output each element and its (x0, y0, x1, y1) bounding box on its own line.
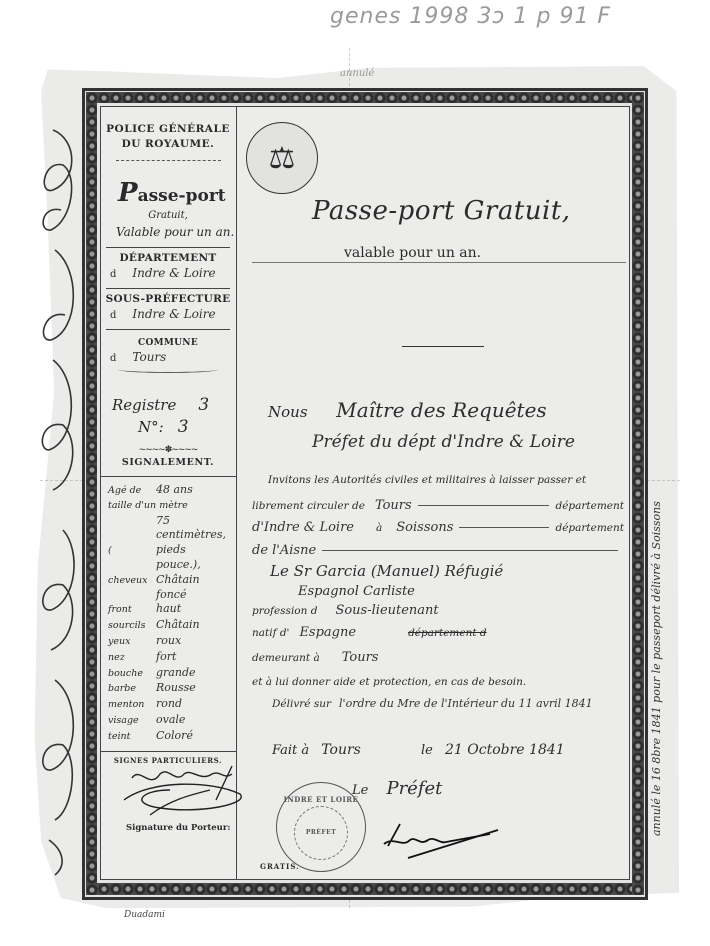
stub-valable: Valable pour un an. (116, 225, 236, 239)
description-row-taille: taille d'un mètre (108, 499, 232, 514)
issuer-title-handwritten: Maître des Requêtes (336, 398, 546, 422)
departement-field: dIndre & Loire (110, 266, 230, 280)
struck-departement: département d (408, 627, 487, 639)
issue-date-handwritten: 21 Octobre 1841 (445, 742, 565, 758)
description-row-front: fronthaut (108, 602, 232, 618)
bearer-nationality-handwritten: Espagnol Carliste (298, 584, 415, 599)
nous-label: Nous Maître des Requêtes (268, 398, 547, 422)
description-row-barbe: barbeRousse (108, 681, 232, 697)
description-row-nez: nezfort (108, 650, 232, 666)
physical-description-list: Agé de48 ans taille d'un mètre 75 centim… (108, 483, 232, 745)
profession-line: profession d Sous-lieutenant (252, 603, 624, 618)
delivre-line: Délivré sur l'ordre du Mre de l'Intérieu… (272, 697, 644, 710)
description-row-visage: visageovale (108, 713, 232, 729)
description-row-age: Agé de48 ans (108, 483, 232, 499)
fait-a-line: Fait à Tours le 21 Octobre 1841 (272, 742, 565, 758)
margin-annotation: annulé le 16 8bre 1841 pour le passeport… (650, 600, 670, 840)
seal-wreath: PRÉFET (294, 806, 348, 860)
prefect-signature (380, 822, 510, 862)
destination-line: d'Indre & Loire à Soissons département (252, 520, 624, 535)
archive-reference-note: genes 1998 3ɔ 1 p 91 F (330, 4, 611, 29)
description-row-yeux: yeuxroux (108, 634, 232, 650)
description-row-centimetres: 75 centimètres, (108, 514, 232, 544)
ornamental-border-left (86, 92, 97, 895)
ornamental-border-right (632, 92, 644, 895)
decorative-swirl (118, 366, 218, 373)
numero-field: N°:3 (138, 417, 236, 437)
ornamental-border-top (86, 92, 644, 103)
bearer-signature (120, 760, 260, 820)
stub-passe-port-heading: Passe-port (118, 178, 236, 208)
police-generale-title: POLICE GÉNÉRALE DU ROYAUME. (100, 122, 236, 152)
invitons-text: Invitons les Autorités civiles et milita… (268, 474, 586, 486)
circuler-line: librement circuler de Tours département (252, 498, 624, 513)
description-row-teint: teintColoré (108, 729, 232, 745)
signature-porteur-label: Signature du Porteur: (126, 823, 236, 833)
bottom-annotation: Duadami (124, 910, 165, 920)
passeport-title: Passe-port Gratuit, (312, 196, 571, 226)
dept-destination-line: de l'Aisne (252, 543, 624, 558)
description-row-cheveux: cheveuxChâtain foncé (108, 573, 232, 603)
natif-line: natif d' Espagne département d (252, 625, 624, 640)
description-row-menton: mentonrond (108, 697, 232, 713)
aide-protection-text: et à lui donner aide et protection, en c… (252, 676, 526, 688)
signalement-heading: SIGNALEMENT. (100, 457, 236, 468)
decorative-rule (116, 160, 221, 164)
sous-prefecture-field: dIndre & Loire (110, 307, 230, 321)
demeurant-line: demeurant à Tours (252, 650, 624, 665)
ornament-divider: ~~~~✽~~~~ (100, 445, 236, 455)
prefet-handwritten: Préfet du dépt d'Indre & Loire (312, 432, 575, 452)
description-row-sourcils: sourcilsChâtain (108, 618, 232, 634)
commune-label: COMMUNE (100, 338, 236, 348)
registre-field: Registre3 (112, 395, 236, 415)
pencil-annotation-top: annulé (340, 68, 374, 79)
police-generale-emblem-icon: ⚖ (246, 122, 318, 194)
description-row-pieds: (pieds pouce.), (108, 543, 232, 573)
stub-gratuit: Gratuit, (100, 210, 236, 221)
bearer-name-handwritten: Le Sr Garcia (Manuel) Réfugié (270, 562, 503, 580)
calligraphic-flourish-margin (33, 120, 81, 880)
departement-label: DÉPARTEMENT (100, 252, 236, 264)
le-prefet-line: Le Préfet (352, 778, 442, 799)
ornamental-border-bottom (86, 883, 644, 895)
passeport-subtitle: valable pour un an. (344, 245, 481, 261)
sous-prefecture-label: SOUS-PRÉFECTURE (100, 293, 236, 305)
description-row-bouche: bouchegrande (108, 666, 232, 682)
commune-field: dTours (110, 350, 230, 364)
prefecture-seal-stamp: INDRE ET LOIRE PRÉFET (276, 782, 366, 872)
